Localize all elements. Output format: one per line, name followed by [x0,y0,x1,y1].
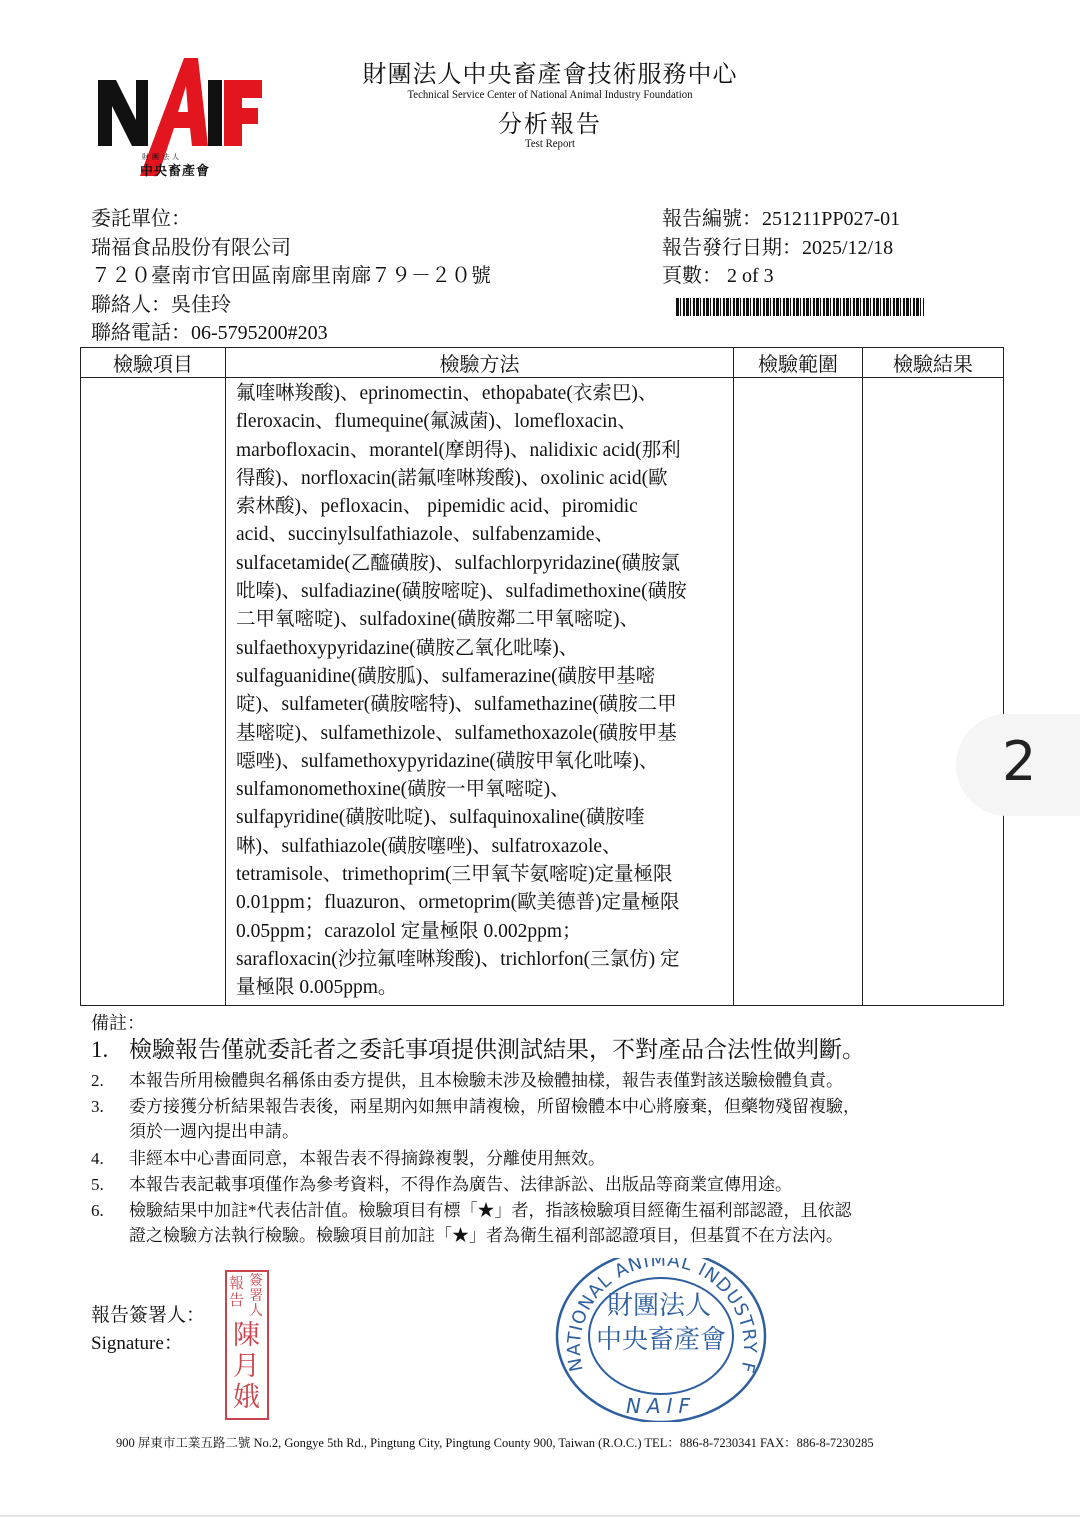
client-contact: 聯絡人：吳佳玲 [91,291,491,320]
header-test-result: 檢驗結果 [863,348,1004,378]
method-line: 索林酸)、pefloxacin、 pipemidic acid、piromidi… [236,493,723,521]
method-line: sulfaguanidine(磺胺胍)、sulfamerazine(磺胺甲基嘧 [236,663,723,691]
method-line: 基嘧啶)、sulfamethizole、sulfamethoxazole(磺胺甲… [236,720,723,748]
svg-text:財團法人: 財團法人 [607,1291,711,1321]
client-phone: 聯絡電話：06-5795200#203 [91,319,491,348]
signature-label: 報告簽署人： Signature： [91,1302,205,1358]
method-line: 二甲氧嘧啶)、sulfadoxine(磺胺鄰二甲氧嘧啶)、 [236,606,723,634]
seal-name: 陳月娥 [233,1320,261,1413]
client-company: 瑞福食品股份有限公司 [91,234,491,263]
org-name-en: Technical Service Center of National Ani… [325,87,775,102]
note-text-continued: 須於一週內提出申請。 [91,1119,860,1144]
method-line: 吡嗪)、sulfadiazine(磺胺嘧啶)、sulfadimethoxine(… [236,578,723,606]
test-method-cell: 氟喹啉羧酸)、eprinomectin、ethopabate(衣索巴)、 fle… [226,378,734,1006]
method-line: sulfapyridine(磺胺吡啶)、sulfaquinoxaline(磺胺喹 [236,804,723,832]
note-number: 3. [91,1094,129,1119]
note-item-2: 2.本報告所用檢體與名稱係由委方提供，且本檢驗未涉及檢體抽樣，報告表僅對該送驗檢… [91,1068,843,1093]
signature-label-en: Signature： [91,1330,205,1358]
method-line: 0.01ppm；fluazuron、ormetoprim(歐美德普)定量極限 [236,889,723,917]
report-issue-date: 報告發行日期：2025/12/18 [662,234,900,263]
org-name-cn: 財團法人中央畜產會技術服務中心 [300,54,800,89]
client-label: 委託單位： [91,205,491,234]
method-line: 量極限 0.005ppm。 [236,974,723,1002]
note-text: 本報告表記載事項僅作為參考資料，不得作為廣告、法律訴訟、出版品等商業宣傳用途。 [129,1172,792,1197]
foundation-stamp: NATIONAL ANIMAL INDUSTRY FOUNDATION NAIF… [555,1258,767,1422]
naif-logo: 財團法人 中央畜產會 [96,56,264,180]
report-title-cn: 分析報告 [300,104,800,139]
report-title-en: Test Report [325,136,775,151]
test-table: 檢驗項目 檢驗方法 檢驗範圍 檢驗結果 氟喹啉羧酸)、eprinomectin、… [80,347,1004,1006]
method-line: sarafloxacin(沙拉氟喹啉羧酸)、trichlorfon(三氯仿) 定 [236,946,723,974]
note-item-1: 1.檢驗報告僅就委託者之委託事項提供測試結果，不對產品合法性做判斷。 [91,1037,865,1062]
note-text: 檢驗報告僅就委託者之委託事項提供測試結果，不對產品合法性做判斷。 [129,1037,865,1062]
page-indicator-number: 2 [1002,730,1036,793]
notes-title: 備註： [91,1009,145,1035]
seal-top-left: 報告 [229,1276,243,1310]
test-range-cell [734,378,863,1006]
method-line: 0.05ppm；carazolol 定量極限 0.002ppm； [236,918,723,946]
note-number: 5. [91,1172,129,1197]
method-line: 啉)、sulfathiazole(磺胺噻唑)、sulfatroxazole、 [236,833,723,861]
method-line: 氟喹啉羧酸)、eprinomectin、ethopabate(衣索巴)、 [236,380,723,408]
header-test-range: 檢驗範圍 [734,348,863,378]
note-text: 本報告所用檢體與名稱係由委方提供，且本檢驗未涉及檢體抽樣，報告表僅對該送驗檢體負… [129,1068,843,1093]
client-info: 委託單位： 瑞福食品股份有限公司 ７２０臺南市官田區南廍里南廍７９－２０號 聯絡… [91,205,491,348]
footer-address: 900 屏東市工業五路二號 No.2, Gongye 5th Rd., Ping… [116,1433,874,1451]
method-line: sulfamonomethoxine(磺胺一甲氧嘧啶)、 [236,776,723,804]
signature-label-cn: 報告簽署人： [91,1302,205,1330]
note-number: 6. [91,1198,129,1223]
note-number: 2. [91,1068,129,1093]
method-line: acid、succinylsulfathiazole、sulfabenzamid… [236,521,723,549]
note-text-continued: 證之檢驗方法執行檢驗。檢驗項目前加註「★」者為衛生福利部認證項目，但基質不在方法… [91,1223,852,1248]
note-number: 1. [91,1037,129,1062]
method-line: tetramisole、trimethoprim(三甲氧苄氨嘧啶)定量極限 [236,861,723,889]
report-meta: 報告編號：251211PP027-01 報告發行日期：2025/12/18 頁數… [662,205,900,291]
note-number: 4. [91,1146,129,1171]
svg-text:NAIF: NAIF [626,1394,696,1418]
note-text: 非經本中心書面同意，本報告表不得摘錄複製，分離使用無效。 [129,1146,605,1171]
report-number: 報告編號：251211PP027-01 [662,205,900,234]
table-header-row: 檢驗項目 檢驗方法 檢驗範圍 檢驗結果 [81,348,1004,378]
report-pages: 頁數： 2 of 3 [662,262,900,291]
note-item-4: 4.非經本中心書面同意，本報告表不得摘錄複製，分離使用無效。 [91,1146,605,1171]
note-item-3: 3.委方接獲分析結果報告表後，兩星期內如無申請複檢，所留檢體本中心將廢棄，但藥物… [91,1094,860,1144]
header-test-method: 檢驗方法 [226,348,734,378]
method-line: fleroxacin、flumequine(氟滅菌)、lomefloxacin、 [236,408,723,436]
method-line: marbofloxacin、morantel(摩朗得)、nalidixic ac… [236,437,723,465]
note-item-6: 6.檢驗結果中加註*代表估計值。檢驗項目有標「★」者，指該檢驗項目經衛生福利部認… [91,1198,852,1248]
circular-stamp-icon: NATIONAL ANIMAL INDUSTRY FOUNDATION NAIF… [555,1258,767,1422]
note-item-5: 5.本報告表記載事項僅作為參考資料，不得作為廣告、法律訴訟、出版品等商業宣傳用途… [91,1172,792,1197]
note-text: 委方接獲分析結果報告表後，兩星期內如無申請複檢，所留檢體本中心將廢棄，但藥物殘留… [129,1094,860,1119]
method-line: sulfacetamide(乙醯磺胺)、sulfachlorpyridazine… [236,550,723,578]
test-item-cell [81,378,226,1006]
page-indicator-badge: 2 [956,714,1080,816]
method-line: 得酸)、norfloxacin(諾氟喹啉羧酸)、oxolinic acid(歐 [236,465,723,493]
barcode [676,298,924,316]
signature-seal: 報告 簽署人 陳月娥 [225,1270,269,1420]
header-test-item: 檢驗項目 [81,348,226,378]
method-line: sulfaethoxypyridazine(磺胺乙氧化吡嗪)、 [236,635,723,663]
seal-top-right: 簽署人 [249,1274,263,1319]
table-row: 氟喹啉羧酸)、eprinomectin、ethopabate(衣索巴)、 fle… [81,378,1004,1006]
client-address: ７２０臺南市官田區南廍里南廍７９－２０號 [91,262,491,291]
logo-subtitle-large: 中央畜產會 [140,160,210,179]
note-text: 檢驗結果中加註*代表估計值。檢驗項目有標「★」者，指該檢驗項目經衛生福利部認證，… [129,1198,852,1223]
method-line: 啶)、sulfameter(磺胺嘧特)、sulfamethazine(磺胺二甲 [236,691,723,719]
test-result-cell [863,378,1004,1006]
method-line: 噁唑)、sulfamethoxypyridazine(磺胺甲氧化吡嗪)、 [236,748,723,776]
svg-text:中央畜產會: 中央畜產會 [596,1325,726,1355]
